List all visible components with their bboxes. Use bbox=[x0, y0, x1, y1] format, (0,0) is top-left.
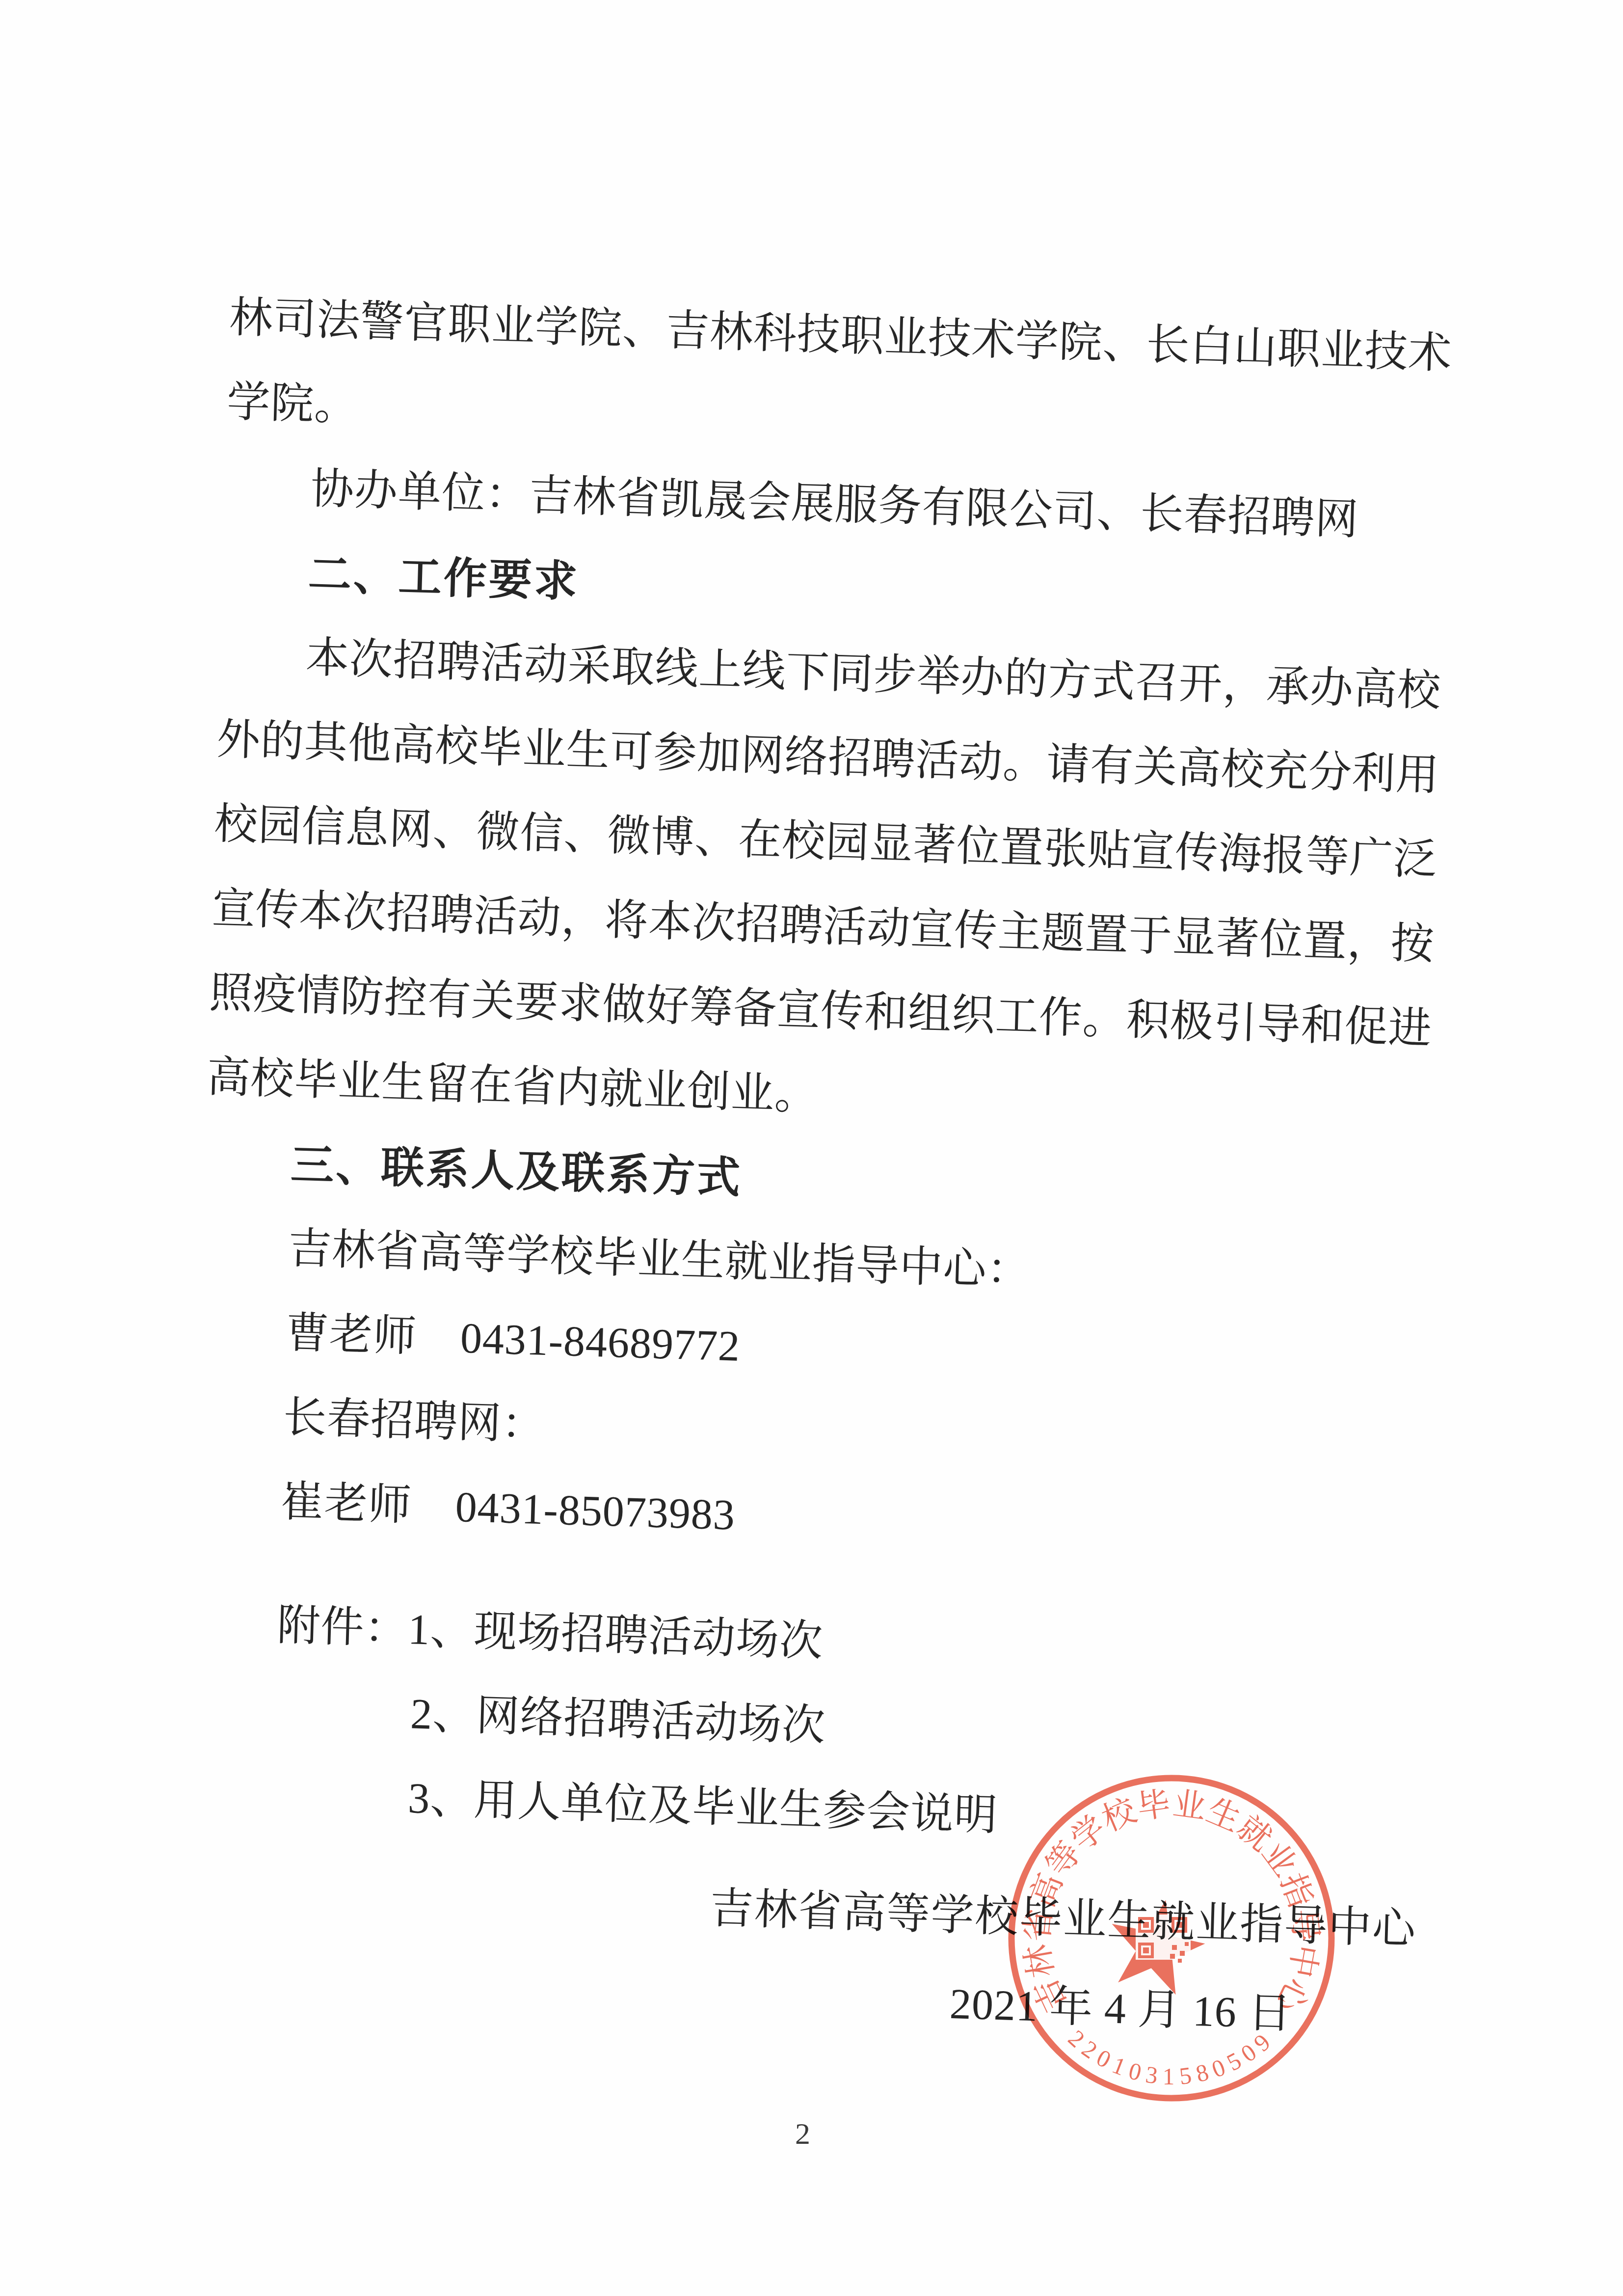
document-page: 林司法警官职业学院、吉林科技职业技术学院、长白山职业技术 学院。 协办单位：吉林… bbox=[0, 0, 1623, 2296]
official-seal: 吉林省高等学校毕业生就业指导中心 2201031580509 bbox=[1000, 1766, 1343, 2110]
page-number: 2 bbox=[795, 2117, 810, 2151]
seal-qr-code bbox=[1136, 1915, 1191, 1963]
